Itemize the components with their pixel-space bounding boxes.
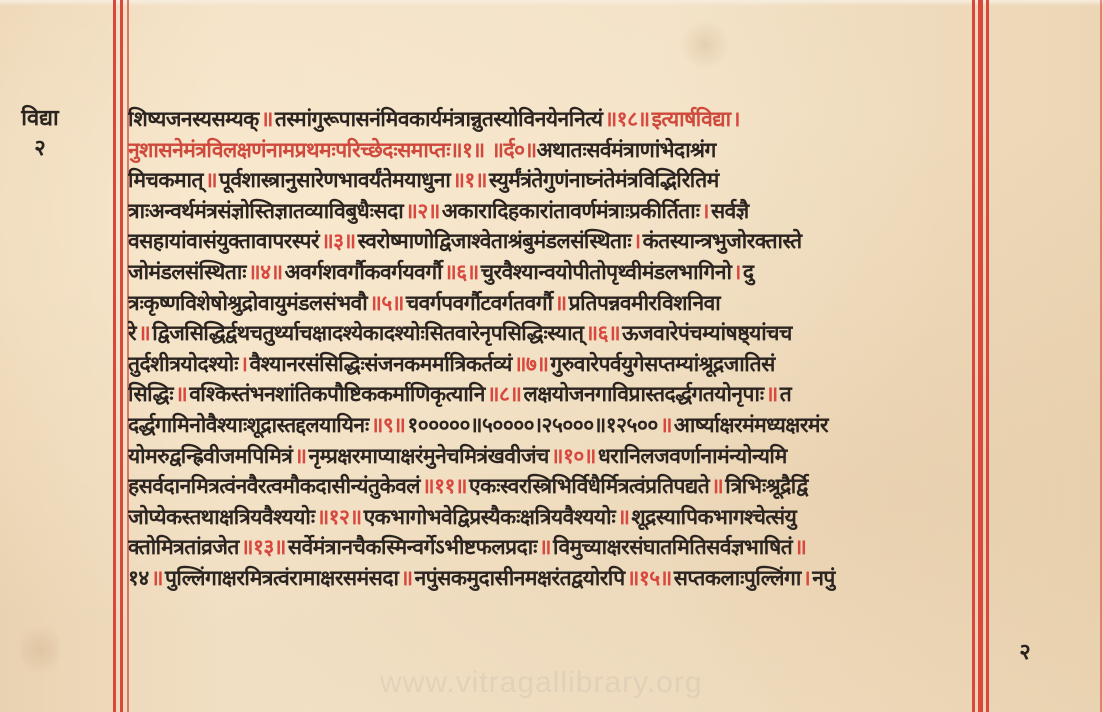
text-segment: दु: [743, 260, 754, 284]
text-segment: दर्द्धगामिनोवैश्याःशूद्रास्तद्दलयायिनः: [128, 413, 369, 437]
margin-title: विद्या: [5, 104, 75, 134]
text-segment: सर्वज्ञै: [711, 199, 749, 223]
text-segment: मिचकमात्: [128, 168, 203, 192]
text-segment: जोप्येकस्तथाक्षत्रियवैश्ययोः: [128, 505, 315, 529]
text-line: योमरुद्वन्ह्रिवीजमपिमित्रं॥नृम्प्रक्षरमा…: [128, 441, 970, 472]
text-line: मिचकमात्॥पूर्वशास्त्रानुसारेणभावर्यंतेमय…: [128, 165, 970, 196]
text-segment: योमरुद्वन्ह्रिवीजमपिमित्रं: [128, 444, 292, 468]
text-line: सिद्धिः॥वश्किस्तंभनशांतिकपौष्टिककर्माणिक…: [128, 379, 970, 410]
folio-number-right: २: [1010, 638, 1040, 668]
paper-stain: [680, 20, 730, 70]
verse-mark: ॥: [615, 505, 631, 529]
text-segment: वश्किस्तंभनशांतिकपौष्टिककर्माणिकृत्यानि: [189, 382, 485, 406]
verse-mark: ।: [238, 352, 249, 376]
verse-mark: ॥८॥: [485, 382, 524, 406]
text-segment: कंतस्यान्त्रभुजोरक्तास्ते: [643, 229, 802, 253]
verse-mark: ॥१॥: [450, 168, 489, 192]
text-segment: त: [780, 382, 791, 406]
left-margin-rule-outer: [113, 0, 116, 712]
text-segment: धरानिलजवर्णानामंन्योन्यमि: [598, 444, 787, 468]
text-segment: १४: [128, 566, 149, 590]
text-segment: अवर्गशवर्गौकवर्गयवर्गौ: [285, 260, 443, 284]
text-segment: नुशासनेमंत्रविलक्षणंनामप्रथमःपरिच्छेदःसम…: [128, 138, 485, 162]
text-segment: क्तोमित्रतांव्रजेत: [128, 535, 239, 559]
verse-mark: ॥: [709, 474, 725, 498]
right-margin-rule-outer: [986, 0, 989, 712]
text-segment: नृम्प्रक्षरमाप्याक्षरंमुनेचमित्रंखवीजंच: [308, 444, 548, 468]
verse-mark: ॥६॥: [584, 321, 623, 345]
text-segment: त्राःअन्वर्थमंत्रसंज्ञोस्तिज्ञातव्याविबु…: [128, 199, 403, 223]
text-segment: त्रिभिःश्रूद्रैर्द्वि: [725, 474, 808, 498]
text-segment: स्युर्मंत्रंतेगुणंनाघ्नंतेमंत्रविद्भिरित…: [489, 168, 719, 192]
text-segment: ॥र्द०॥: [491, 138, 536, 162]
text-segment: एकभागोभवेद्विप्रस्यैकःक्षत्रियवैश्ययोः: [364, 505, 616, 529]
text-line: हसर्वदानमित्रत्वंनवैरत्वमौकदासीन्यंतुकेव…: [128, 471, 970, 502]
right-margin-note: २: [1010, 638, 1040, 668]
text-segment: स्वरोष्माणोद्विजाश्वेताश्रंबुमंडलसंस्थित…: [358, 229, 632, 253]
verse-mark: ॥६॥: [442, 260, 481, 284]
right-margin-rule-inner: [972, 0, 975, 712]
verse-mark: ॥९॥: [369, 413, 408, 437]
text-segment: आर्ष्याक्षरमंमध्यक्षरमंर: [674, 413, 828, 437]
verse-mark: ॥४॥: [246, 260, 285, 284]
text-line: तुर्दशीत्रयोदश्योः।वैश्यानरसंसिद्धिःसंजन…: [128, 349, 970, 380]
text-line: क्तोमित्रतांव्रजेत॥१३॥सर्वेमंत्रानचैकस्म…: [128, 532, 970, 563]
text-segment: नपुंसकमुदासीनमक्षरंतद्वयोरपि: [415, 566, 625, 590]
text-segment: तस्मांगुरूपासनंमिवकार्यमंत्रान्नुतस्योवि…: [275, 107, 603, 131]
text-segment: अथातःसर्वमंत्राणांभेदाश्रंग: [537, 138, 716, 162]
text-segment: गुरुवारेपर्वयुगेसप्तम्यांश्रूद्रजातिसं: [550, 352, 774, 376]
verse-mark: ॥११॥: [420, 474, 469, 498]
text-segment: इत्यार्षविद्या: [652, 107, 731, 131]
text-line: जोप्येकस्तथाक्षत्रियवैश्ययोः॥१२॥एकभागोभव…: [128, 502, 970, 533]
text-segment: त्रःकृष्णविशेषोश्रुद्रोवायुमंडलसंभवौ: [128, 291, 367, 315]
text-line: त्राःअन्वर्थमंत्रसंज्ञोस्तिज्ञातव्याविबु…: [128, 196, 970, 227]
verse-mark: ।: [631, 229, 642, 253]
text-line: नुशासनेमंत्रविलक्षणंनामप्रथमःपरिच्छेदःसम…: [128, 135, 970, 166]
verse-mark: ॥१३॥: [239, 535, 288, 559]
left-margin-note: विद्या २: [5, 104, 75, 164]
text-segment: सर्वेमंत्रानचैकस्मिन्वर्गेऽभीष्टफलप्रदाः: [288, 535, 537, 559]
text-segment: द्विजसिद्धिर्द्वथचतुर्थ्याचक्षादश्येकादश…: [152, 321, 583, 345]
verse-mark: ॥: [764, 382, 780, 406]
text-line: १४॥पुल्लिंगाक्षरमित्रत्वंरामाक्षरसमंसदा॥…: [128, 563, 970, 594]
verse-mark: ॥: [537, 535, 553, 559]
text-segment: प्रतिपन्नवमीरविशनिवा: [569, 291, 721, 315]
verse-mark: ॥१०॥: [549, 444, 598, 468]
verse-mark: ॥: [149, 566, 165, 590]
verse-mark: ॥: [792, 535, 808, 559]
verse-mark: ॥१५॥: [625, 566, 674, 590]
text-segment: सिद्धिः: [128, 382, 173, 406]
text-segment: चवर्गपवर्गौटवर्गतवर्गौ: [406, 291, 553, 315]
text-segment: हसर्वदानमित्रत्वंनवैरत्वमौकदासीन्यंतुकेव…: [128, 474, 420, 498]
verse-mark: ॥७॥: [512, 352, 551, 376]
text-segment: अकारादिहकारांतावर्णमंत्राःप्रकीर्तिताः: [442, 199, 700, 223]
verse-mark: ॥५॥: [367, 291, 406, 315]
text-segment: सप्तकलाःपुल्लिंगा: [674, 566, 801, 590]
verse-mark: ॥१८॥: [603, 107, 652, 131]
text-segment: पूर्वशास्त्रानुसारेणभावर्यंतेमयाधुना: [219, 168, 450, 192]
text-line: शिष्यजनस्यसम्यक्॥तस्मांगुरूपासनंमिवकार्य…: [128, 104, 970, 135]
paper-top-edge: [0, 0, 1103, 6]
text-segment: ऊजवारेपंचम्यांषष्ठ्यांचच: [622, 321, 792, 345]
text-segment: शिष्यजनस्यसम्यक्: [128, 107, 259, 131]
verse-mark: ॥: [173, 382, 189, 406]
text-segment: शूद्रस्यापिकभागश्चेत्संयु: [631, 505, 796, 529]
verse-mark: ।: [731, 260, 742, 284]
right-margin-rule-mid: [978, 0, 983, 712]
verse-mark: ।: [699, 199, 710, 223]
text-segment: चुरवैश्यान्वयोपीतोपृथ्वीमंडलभागिनो: [481, 260, 732, 284]
verse-mark: ।: [731, 107, 742, 131]
watermark: www.vitragallibrary.org: [380, 666, 703, 700]
page-edge-rule: [1100, 0, 1102, 712]
verse-mark: ॥३॥: [319, 229, 358, 253]
left-margin-rule-mid: [120, 0, 123, 712]
verse-mark: ॥: [292, 444, 308, 468]
verse-mark: ॥: [658, 413, 674, 437]
text-line: वसहायांवासंयुक्तावापरस्परं॥३॥स्वरोष्माणो…: [128, 226, 970, 257]
verse-mark: ॥: [398, 566, 414, 590]
manuscript-text-block: शिष्यजनस्यसम्यक्॥तस्मांगुरूपासनंमिवकार्य…: [128, 104, 970, 594]
text-line: रे॥द्विजसिद्धिर्द्वथचतुर्थ्याचक्षादश्येक…: [128, 318, 970, 349]
verse-mark: ।: [801, 566, 812, 590]
folio-number-left: २: [5, 134, 75, 164]
verse-mark: ॥२॥: [403, 199, 442, 223]
manuscript-folio: विद्या २ २ शिष्यजनस्यसम्यक्॥तस्मांगुरूपा…: [0, 0, 1103, 712]
text-segment: एकःस्वरस्त्रिभिर्विधैर्मित्रत्वंप्रतिपद्…: [469, 474, 709, 498]
text-line: जोमंडलसंस्थिताः॥४॥अवर्गशवर्गौकवर्गयवर्गौ…: [128, 257, 970, 288]
text-line: दर्द्धगामिनोवैश्याःशूद्रास्तद्दलयायिनः॥९…: [128, 410, 970, 441]
text-segment: रे: [128, 321, 136, 345]
text-segment: वैश्यानरसंसिद्धिःसंजनकमर्मात्रिकर्तव्यं: [249, 352, 511, 376]
text-segment: तुर्दशीत्रयोदश्योः: [128, 352, 238, 376]
verse-mark: ॥: [553, 291, 569, 315]
text-segment: जोमंडलसंस्थिताः: [128, 260, 246, 284]
text-line: त्रःकृष्णविशेषोश्रुद्रोवायुमंडलसंभवौ॥५॥च…: [128, 288, 970, 319]
verse-mark: ॥: [203, 168, 219, 192]
text-segment: वसहायांवासंयुक्तावापरस्परं: [128, 229, 319, 253]
paper-stain: [20, 620, 60, 680]
verse-mark: ॥१२॥: [315, 505, 364, 529]
text-segment: पुल्लिंगाक्षरमित्रत्वंरामाक्षरसमंसदा: [165, 566, 399, 590]
verse-mark: ॥: [259, 107, 275, 131]
text-segment: नपुं: [812, 566, 835, 590]
text-segment: १०००००॥५००००।२५०००॥१२५००: [407, 413, 657, 437]
text-segment: विमुच्याक्षरसंघातमितिसर्वज्ञभाषितं: [553, 535, 792, 559]
verse-mark: ॥: [136, 321, 152, 345]
text-segment: लक्षयोजनगाविप्रास्तदर्द्धगतयोनृपाः: [523, 382, 763, 406]
